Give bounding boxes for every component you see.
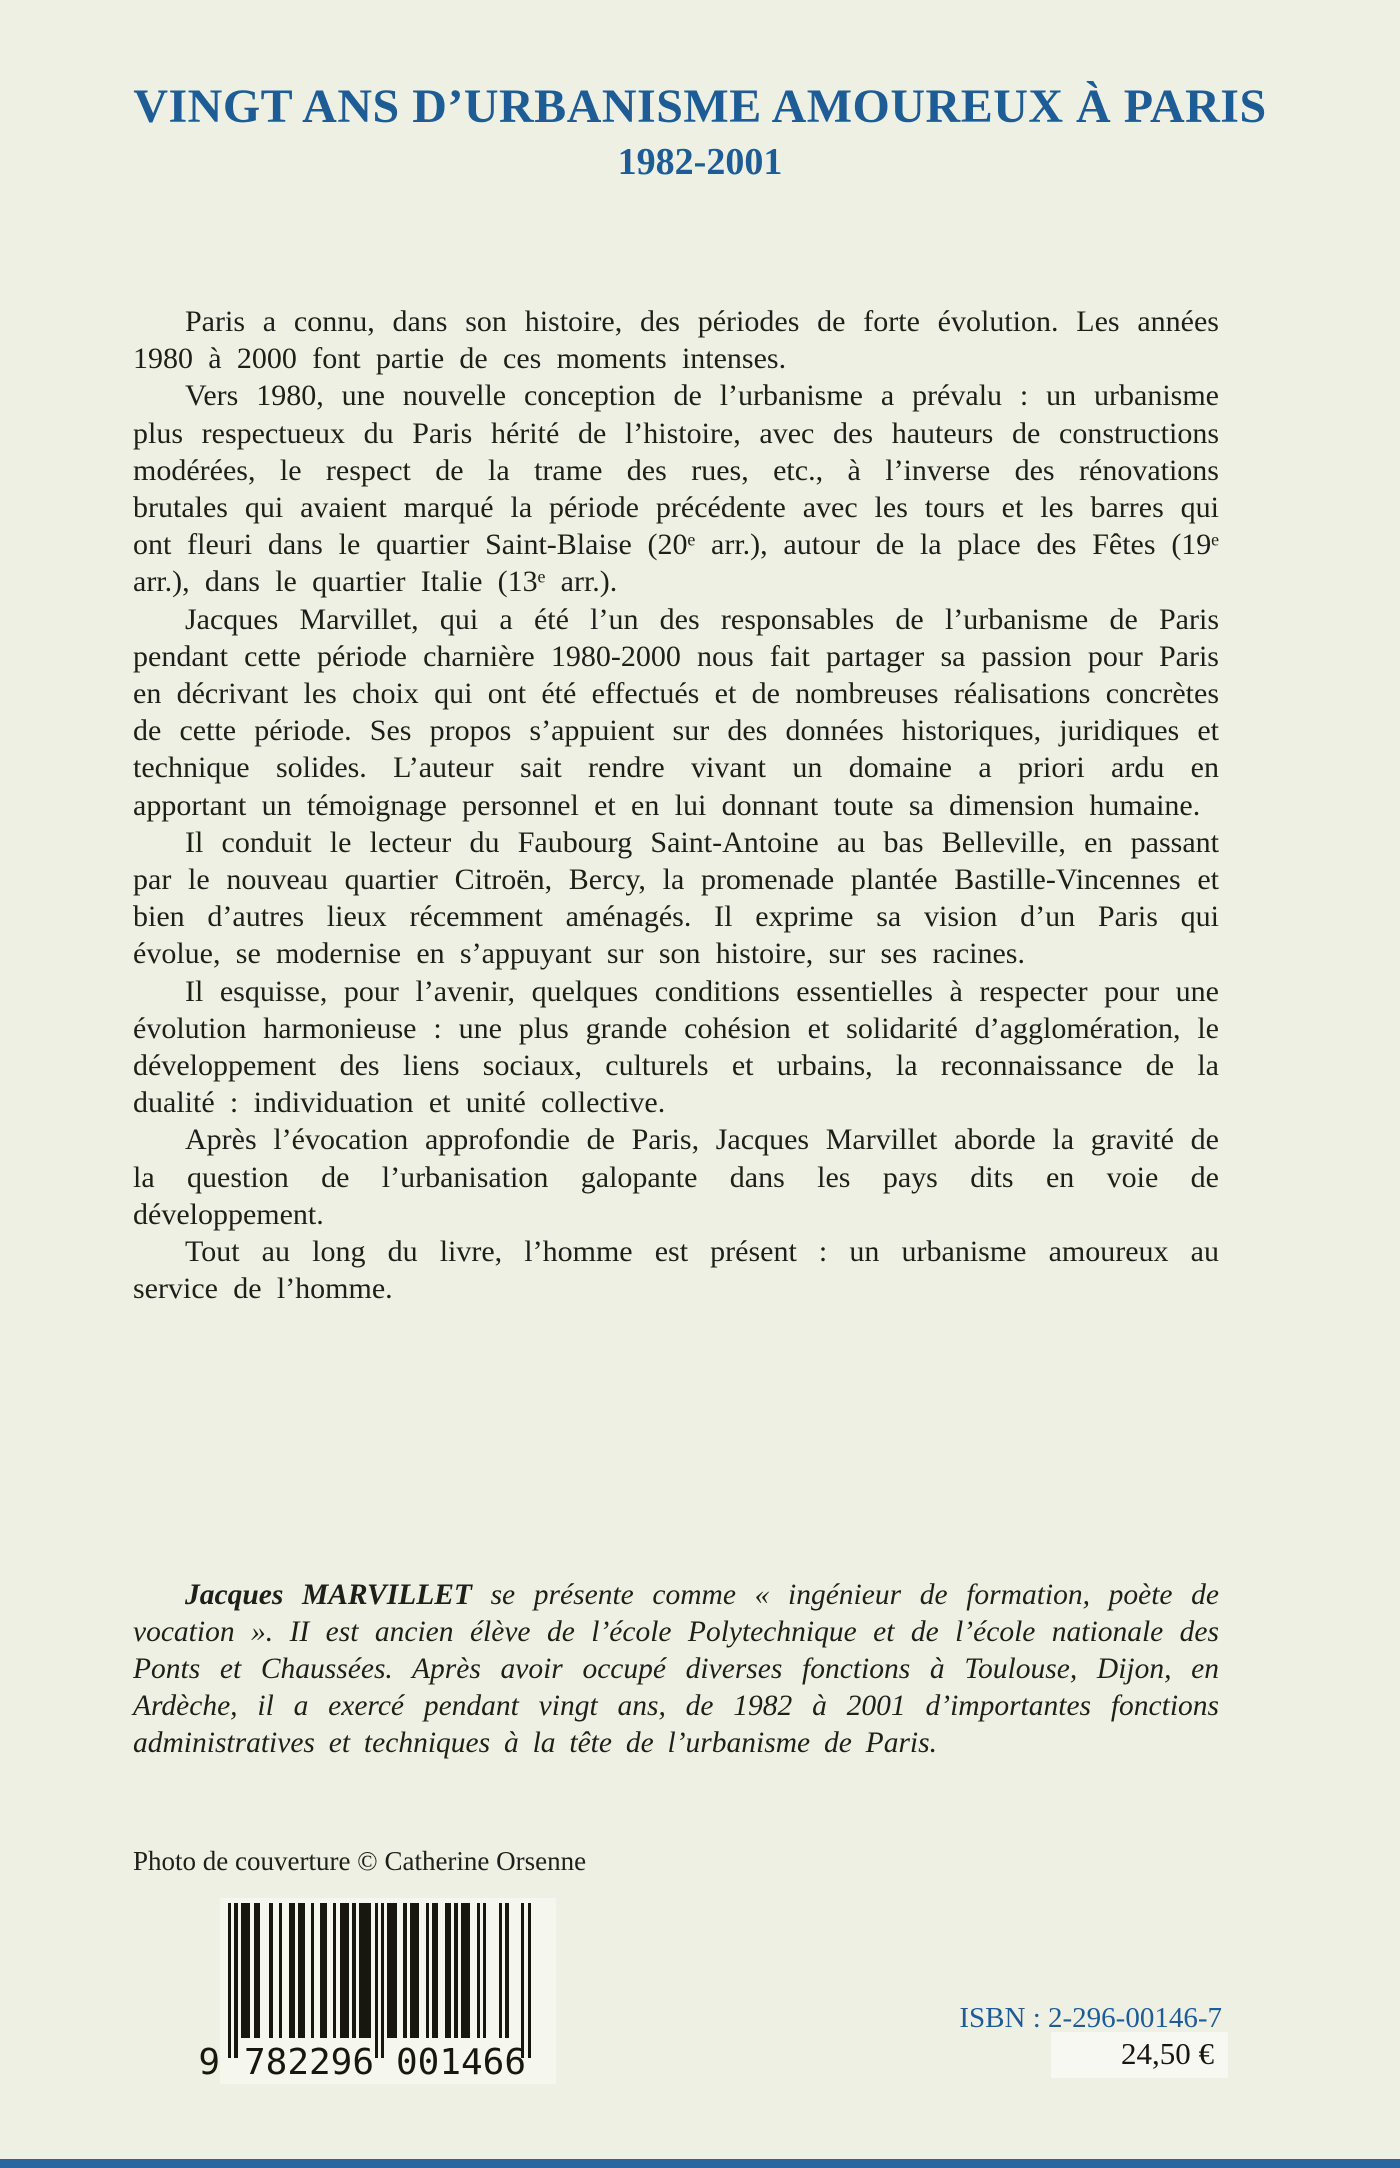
book-back-cover: VINGT ANS D’URBANISME AMOUREUX À PARIS 1… [0, 0, 1400, 2168]
barcode-digits-right: 001466 [392, 2042, 530, 2083]
photo-credit: Photo de couverture © Catherine Orsenne [133, 1846, 586, 1877]
price-label: 24,50 € [1121, 2036, 1214, 2071]
isbn-label: ISBN : 2-296-00146-7 [959, 2002, 1222, 2035]
synopsis-paragraph: Il esquisse, pour l’avenir, quelques con… [133, 973, 1219, 1122]
barcode-bar-module [528, 1903, 531, 2058]
author-bio-paragraph: Jacques MARVILLET se présente comme « in… [133, 1577, 1219, 1762]
book-subtitle-years: 1982-2001 [0, 140, 1400, 184]
synopsis-text: Paris a connu, dans son histoire, des pé… [133, 303, 1219, 1307]
author-name: Jacques MARVILLET [185, 1579, 472, 1611]
author-bio: Jacques MARVILLET se présente comme « in… [133, 1577, 1219, 1762]
synopsis-paragraph: Après l’évocation approfondie de Paris, … [133, 1121, 1219, 1233]
barcode-digit-first: 9 [186, 2042, 220, 2083]
synopsis-paragraph: Il conduit le lecteur du Faubourg Saint-… [133, 824, 1219, 973]
synopsis-paragraph: Paris a connu, dans son histoire, des pé… [133, 303, 1219, 377]
synopsis-paragraph: Jacques Marvillet, qui a été l’un des re… [133, 601, 1219, 824]
synopsis-paragraph: Vers 1980, une nouvelle conception de l’… [133, 377, 1219, 600]
bottom-blue-strip [0, 2159, 1400, 2168]
barcode-image [228, 1903, 531, 2058]
price-box: 24,50 € [1051, 2032, 1228, 2078]
barcode-digits-left: 782296 [240, 2042, 378, 2083]
book-title: VINGT ANS D’URBANISME AMOUREUX À PARIS [0, 82, 1400, 132]
synopsis-paragraph: Tout au long du livre, l’homme est prése… [133, 1233, 1219, 1307]
